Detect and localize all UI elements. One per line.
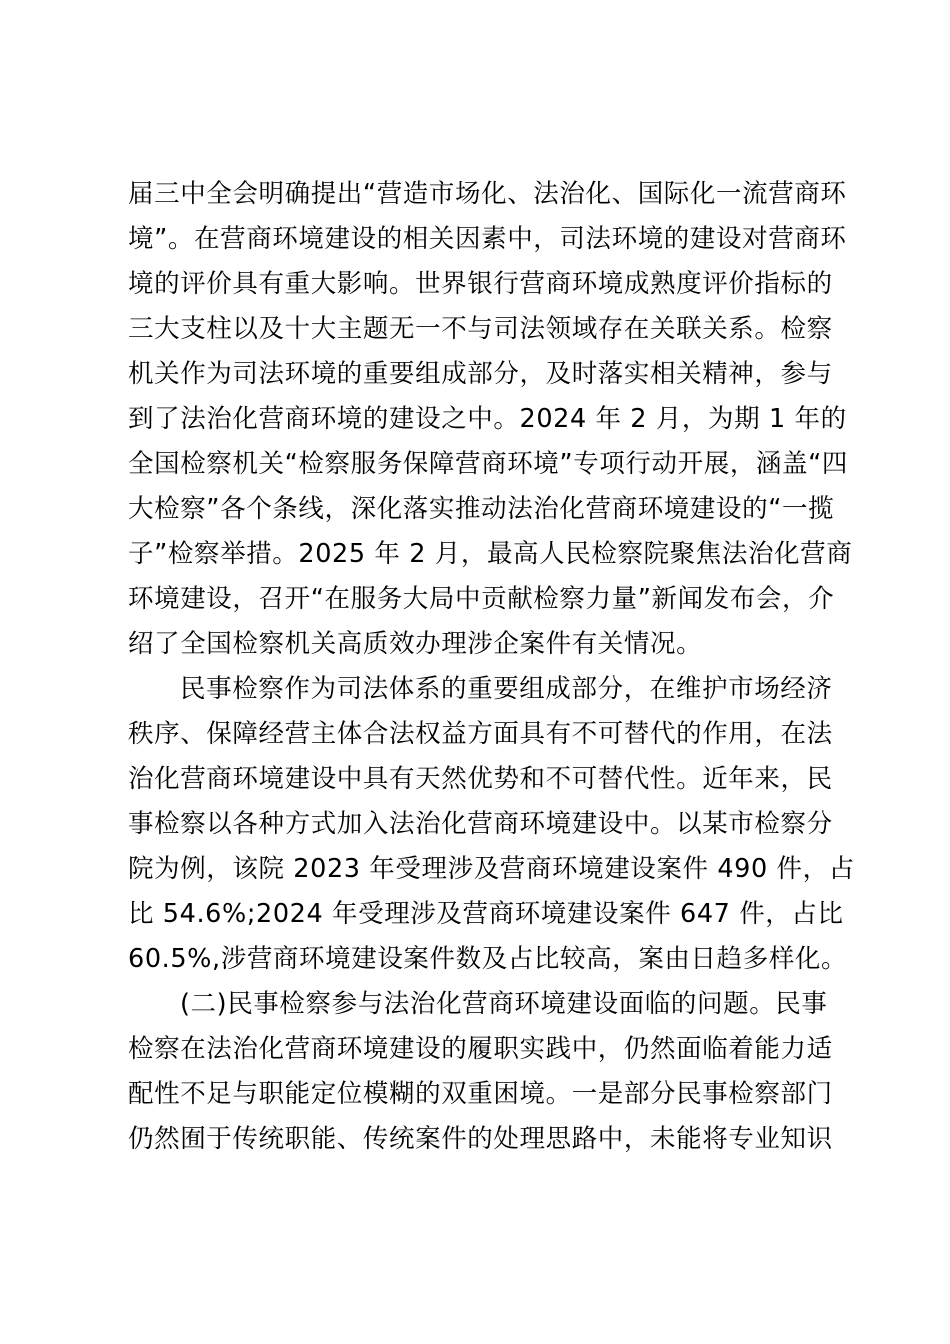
paragraph-3-section-heading: (二)民事检察参与法治化营商环境建设面临的问题。民事 检察在法治化营商环境建设的… [128,982,834,1162]
text-line: 秩序、保障经营主体合法权益方面具有不可替代的作用，在法 [128,712,834,757]
text-line-indented: 民事检察作为司法体系的重要组成部分，在维护市场经济 [128,667,834,712]
text-line: 环境建设，召开“在服务大局中贡献检察力量”新闻发布会，介 [128,577,834,622]
text-line: 绍了全国检察机关高质效办理涉企案件有关情况。 [128,622,834,667]
text-line: 境”。在营商环境建设的相关因素中，司法环境的建设对营商环 [128,217,834,262]
text-line: 仍然囿于传统职能、传统案件的处理思路中，未能将专业知识 [128,1117,834,1162]
text-line: 境的评价具有重大影响。世界银行营商环境成熟度评价指标的 [128,262,834,307]
text-line: 配性不足与职能定位模糊的双重困境。一是部分民事检察部门 [128,1072,834,1117]
text-line: 机关作为司法环境的重要组成部分，及时落实相关精神，参与 [128,352,834,397]
text-line: 检察在法治化营商环境建设的履职实践中，仍然面临着能力适 [128,1027,834,1072]
text-line: 三大支柱以及十大主题无一不与司法领域存在关联关系。检察 [128,307,834,352]
document-page: 届三中全会明确提出“营造市场化、法治化、国际化一流营商环 境”。在营商环境建设的… [0,0,950,1344]
text-line: 大检察”各个条线，深化落实推动法治化营商环境建设的“一揽 [128,487,834,532]
text-line-indented: (二)民事检察参与法治化营商环境建设面临的问题。民事 [128,982,834,1027]
text-line: 到了法治化营商环境的建设之中。2024 年 2 月，为期 1 年的 [128,397,834,442]
text-line: 子”检察举措。2025 年 2 月，最高人民检察院聚焦法治化营商 [128,532,834,577]
text-line: 全国检察机关“检察服务保障营商环境”专项行动开展，涵盖“四 [128,442,834,487]
text-line: 届三中全会明确提出“营造市场化、法治化、国际化一流营商环 [128,172,834,217]
text-line: 事检察以各种方式加入法治化营商环境建设中。以某市检察分 [128,802,834,847]
paragraph-1: 届三中全会明确提出“营造市场化、法治化、国际化一流营商环 境”。在营商环境建设的… [128,172,834,667]
paragraph-2: 民事检察作为司法体系的重要组成部分，在维护市场经济 秩序、保障经营主体合法权益方… [128,667,834,982]
text-line: 比 54.6%;2024 年受理涉及营商环境建设案件 647 件，占比 [128,892,834,937]
text-line: 院为例，该院 2023 年受理涉及营商环境建设案件 490 件，占 [128,847,834,892]
document-body: 届三中全会明确提出“营造市场化、法治化、国际化一流营商环 境”。在营商环境建设的… [128,172,834,1162]
text-line: 治化营商环境建设中具有天然优势和不可替代性。近年来，民 [128,757,834,802]
text-line: 60.5%,涉营商环境建设案件数及占比较高，案由日趋多样化。 [128,937,834,982]
